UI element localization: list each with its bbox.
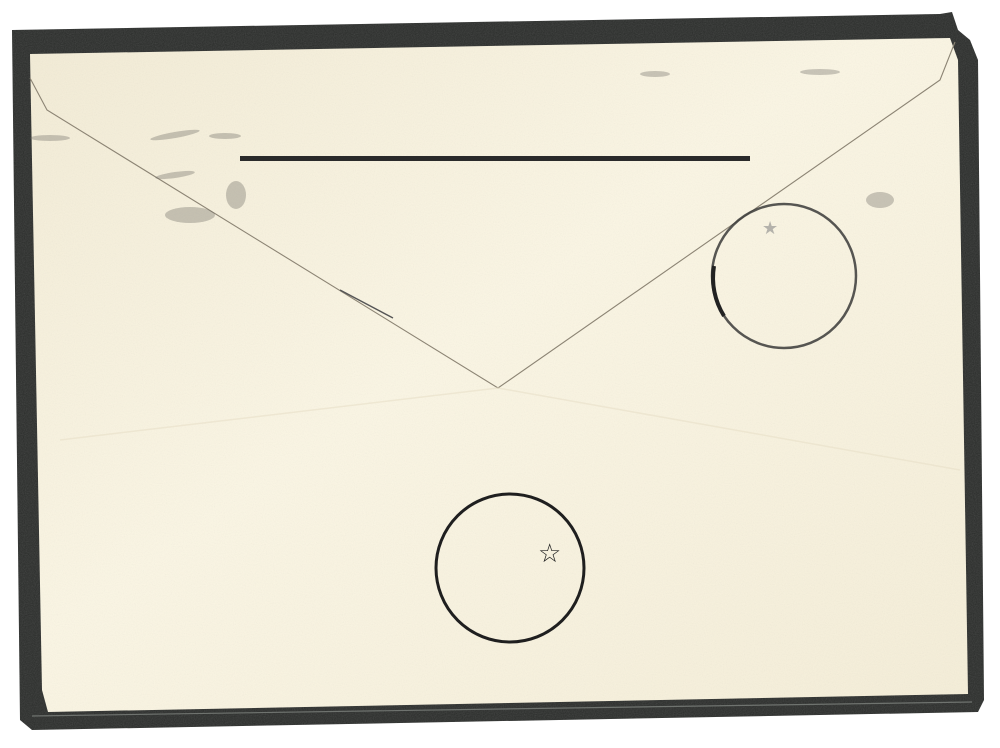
svg-text:★: ★: [762, 218, 778, 239]
postcode-underline: [240, 156, 750, 161]
envelope-scene: ★ ☆: [0, 0, 1000, 748]
envelope-paper: [30, 38, 968, 712]
svg-text:☆: ☆: [538, 539, 561, 569]
